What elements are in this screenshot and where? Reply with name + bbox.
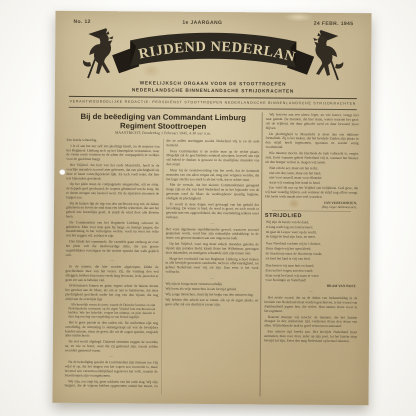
body-paragraph: Ordonnansen komen en gaan; ergens achter… xyxy=(65,284,158,302)
signature: BRAM VAN ROST. xyxy=(264,284,356,289)
paper-stain xyxy=(141,63,161,77)
volume-label: 1e JAARGANG xyxy=(182,20,222,26)
title-banner-ribbon: STRIJDEND NEDERLAND xyxy=(106,28,320,82)
body-columns: Een koude winterdag.'t Is of aan het uur… xyxy=(65,138,260,396)
lead-article: Bij de beëediging van Commandant Limburg… xyxy=(65,111,260,397)
body-paragraph: Het ware algemeene republikeinsche gevoe… xyxy=(166,227,259,241)
issue-date: 24 FEBR. 1945 xyxy=(314,21,354,27)
punch-hole xyxy=(59,169,65,175)
body-paragraph: De plechtigheid te Maastricht is meer da… xyxy=(265,132,358,150)
body-paragraph: Het Vrijthof, dat hart van het oude Maas… xyxy=(66,163,159,181)
right-column-wrap: Wij bouwen aan een nieuw leger, en wie b… xyxy=(264,113,359,398)
paper-stain xyxy=(283,13,313,22)
body-paragraph: De Commandant van het Regiment Limburg s… xyxy=(66,221,159,239)
body-paragraph: Daarom meenen wij terecht: de mannen, di… xyxy=(264,315,357,329)
body-paragraph: Met de wensch, dat het nieuwe Commandeme… xyxy=(166,183,259,201)
paragraph-separator: — xyxy=(165,276,258,281)
body-paragraph: Na de beëediging spreekt de Commandant z… xyxy=(65,361,158,379)
body-columns-wrap: Een koude winterdag.'t Is of aan het uur… xyxy=(65,138,260,396)
dutch-lion-flag-right-icon xyxy=(305,28,351,82)
paragraph-separator: — xyxy=(65,355,158,360)
redactie-line: VERANTWOORDELIJKE REDACTIE: PERSDIENST S… xyxy=(67,100,359,106)
body-paragraph: Wij bouwen aan een nieuw leger, en wie b… xyxy=(266,113,359,131)
signature-note: (Reg. Leger Aalmoezenier). xyxy=(265,205,357,210)
issue-number: No. 12 xyxy=(73,19,90,25)
body-paragraph: Wie meenen mocht, dat hiermede de taak v… xyxy=(265,151,358,165)
body-paragraph: Op het Vrijthof, waar nog maar enkele ma… xyxy=(166,242,259,256)
article-dateline: MAASTRICHT, Donderdag 1 Februari 1945, 4… xyxy=(67,131,260,136)
poem-line: voor Koningin en Vaderland! xyxy=(265,278,357,283)
subtitle-line-2: NEDERLANDSCHE BINNENLANDSCHE STRIJDKRACH… xyxy=(67,86,359,95)
body-paragraph: De eed wordt afgelegd. Duizend stemmen z… xyxy=(65,340,158,354)
poem-heading: STRIJDLIED xyxy=(265,212,358,219)
body-paragraph: Deze Commandant is de rechte man op de r… xyxy=(166,149,259,167)
body-paragraph: Afschuwelijk waren de jaren, waarin de D… xyxy=(68,303,155,320)
horizontal-rule xyxy=(272,210,351,211)
redactie-line-wrap: VERANTWOORDELIJKE REDACTIE: PERSDIENST S… xyxy=(67,100,359,107)
paragraph-separator: — xyxy=(166,222,259,227)
body-paragraph: Maar bij de verantwoording van het werk,… xyxy=(166,169,259,183)
body-paragraph: In de namen, die hier worden afgeroepen,… xyxy=(65,265,158,283)
article-area: Bij de beëediging van Commandant Limburg… xyxy=(65,111,359,397)
body-paragraph: Op het plein staan de compagnieën aanget… xyxy=(66,182,159,200)
body-paragraph: Wij hebben den arbeid aan te vatten, elk… xyxy=(165,298,258,308)
body-paragraph: Er wordt in deze dagen veel gevraagd van… xyxy=(166,202,259,220)
paper-stain xyxy=(288,199,300,209)
headline-line-2: Regiment Stoottroepen xyxy=(120,122,206,132)
body-paragraph: Moge het voorbeeld van het Regiment Limb… xyxy=(165,257,258,275)
body-paragraph: Dan klinkt het commando. De vaandels gaa… xyxy=(66,240,159,258)
dateline-wrap: MAASTRICHT, Donderdag 1 Februari 1945, 4… xyxy=(67,131,260,138)
body-paragraph: Zoo werd dit uur op het Vrijthof een bel… xyxy=(265,186,358,200)
headline-line-1: Bij de beëediging van Commandant Limburg xyxy=(80,112,246,122)
masthead-banner: STRIJDEND NEDERLAND xyxy=(67,28,359,80)
paragraph-separator: — xyxy=(66,259,159,264)
horizontal-rule xyxy=(69,96,357,99)
body-paragraph: Het is geen parade in den ouden zin. De … xyxy=(65,321,158,339)
paragraph-separator: — xyxy=(264,290,357,295)
body-paragraph: Een koude winterdag. xyxy=(67,138,160,143)
body-paragraph: Bij de huizen ligt de rijp van den nacht… xyxy=(66,202,159,220)
body-paragraph: 't Is of aan het uur zelf iets plechtigs… xyxy=(66,144,159,162)
newspaper-page: No. 12 1e JAARGANG 24 FEBR. 1945 STRIJDE… xyxy=(52,11,371,405)
article-headline: Bij de beëediging van Commandant Limburg… xyxy=(71,112,256,132)
right-column: Wij bouwen aan een nieuw leger, en wie b… xyxy=(264,113,359,398)
body-paragraph: Het eerste woord, dat na de daden van he… xyxy=(264,296,357,314)
horizontal-rule xyxy=(69,107,357,110)
body-paragraph: Een nieuwe tijd breekt aan. Het bevrijde… xyxy=(264,330,357,344)
column-divider xyxy=(260,112,263,396)
